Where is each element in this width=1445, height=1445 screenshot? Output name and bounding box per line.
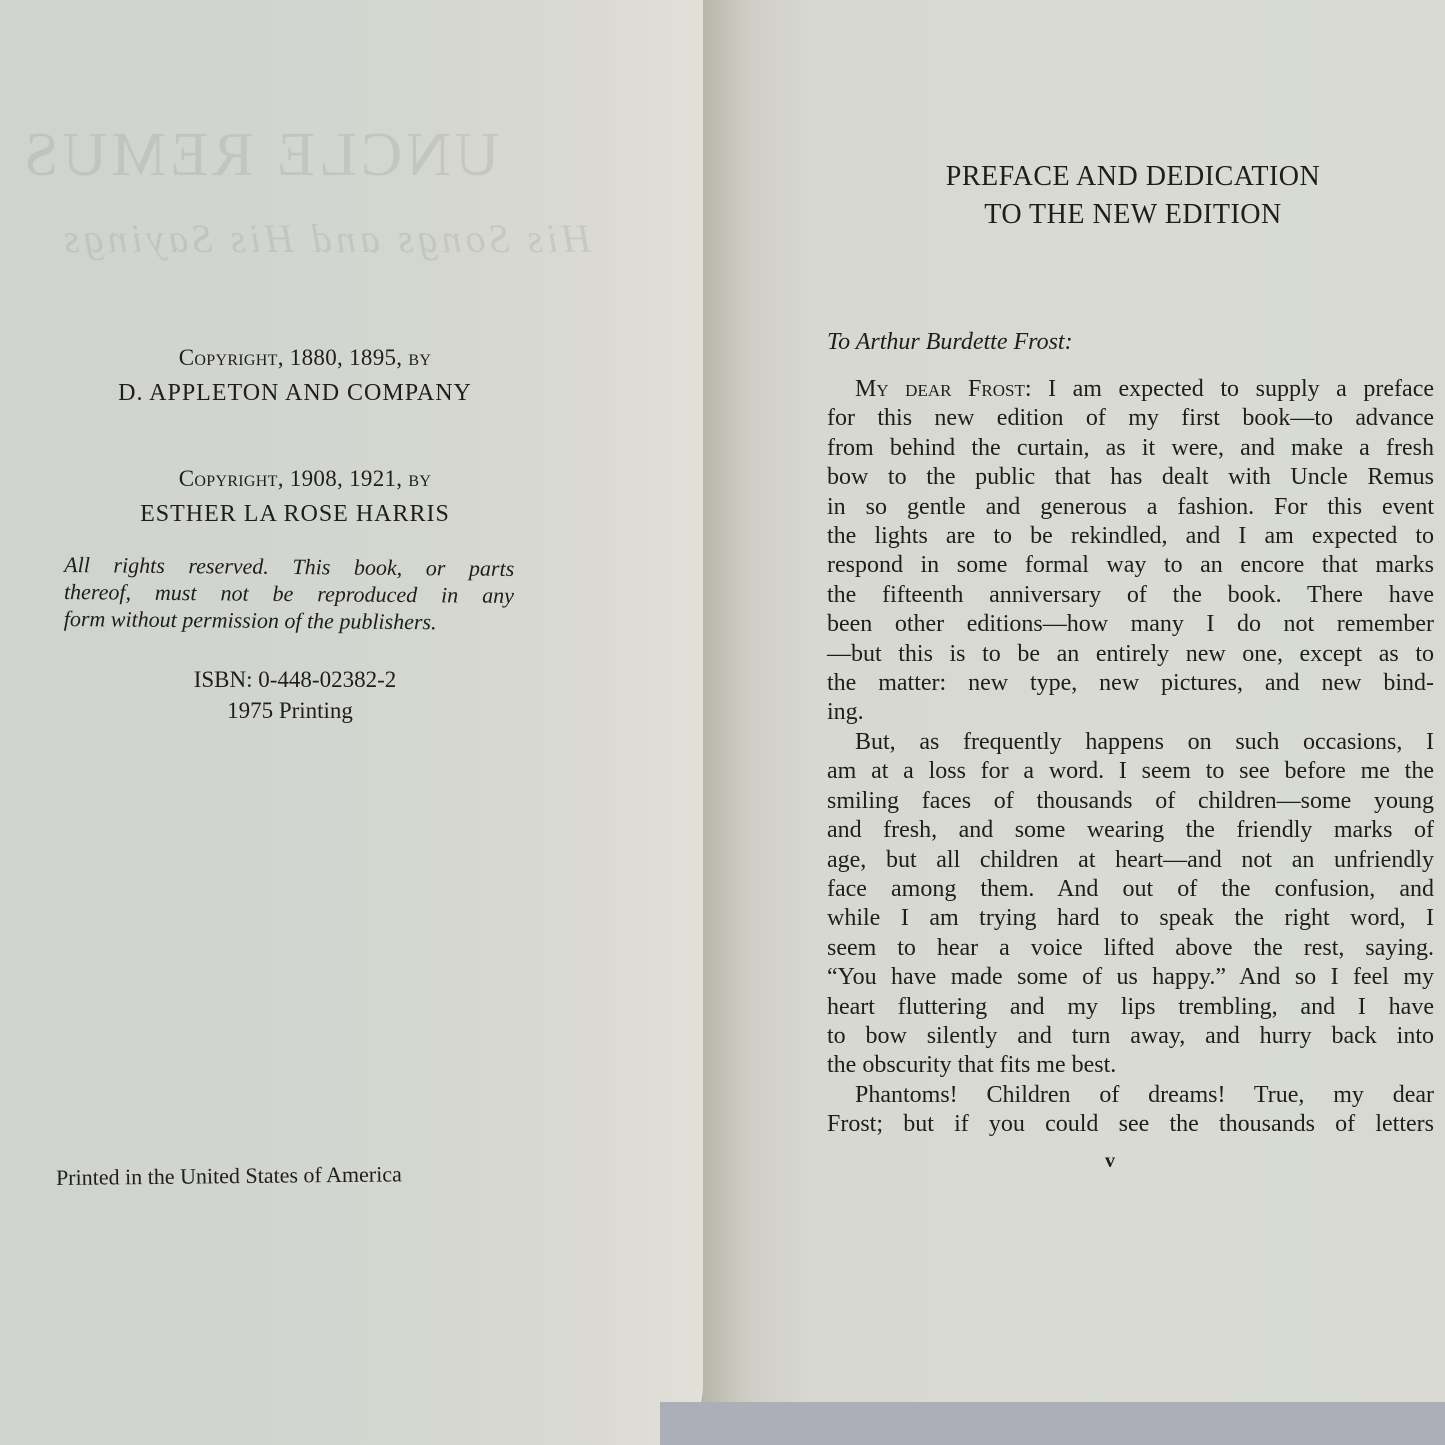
text-line: —but this is to be an entirely new one, … — [827, 640, 1434, 669]
text-line: bow to the public that has dealt with Un… — [827, 463, 1434, 492]
text-line: respond in some formal way to an encore … — [827, 551, 1434, 580]
copyright-line-1: Copyright, 1880, 1895, by — [90, 345, 520, 371]
text-line: to bow silently and turn away, and hurry… — [827, 1022, 1434, 1051]
text-line: been other editions—how many I do not re… — [827, 610, 1434, 639]
left-page-copyright: UNCLE REMUS His Songs and His Sayings Co… — [0, 0, 703, 1445]
text-line: the obscurity that fits me best. — [827, 1051, 1434, 1080]
text-line: from behind the curtain, as it were, and… — [827, 434, 1434, 463]
isbn: ISBN: 0-448-02382-2 — [80, 667, 510, 693]
text-line: seem to hear a voice lifted above the re… — [827, 934, 1434, 963]
text-line: ing. — [827, 698, 1434, 727]
preface-heading-line-1: PREFACE AND DEDICATION — [883, 158, 1383, 195]
text-line: in so gentle and generous a fashion. For… — [827, 493, 1434, 522]
dedication-line: To Arthur Burdette Frost: — [827, 329, 1073, 356]
printed-in-usa: Printed in the United States of America — [56, 1161, 402, 1191]
copyright-line-2: Copyright, 1908, 1921, by — [90, 466, 520, 492]
copyright-holder-2: ESTHER LA ROSE HARRIS — [80, 501, 510, 528]
text-line: heart fluttering and my lips trembling, … — [827, 993, 1434, 1022]
text-line: Frost; but if you could see the thousand… — [827, 1110, 1434, 1139]
text-line: for this new edition of my first book—to… — [827, 404, 1434, 433]
table-surface — [660, 1402, 1445, 1445]
text-line: the lights are to be rekindled, and I am… — [827, 522, 1434, 551]
show-through-title: UNCLE REMUS — [20, 120, 500, 191]
text-line: “You have made some of us happy.” And so… — [827, 963, 1434, 992]
printing-year: 1975 Printing — [75, 698, 505, 724]
text-line: am at a loss for a word. I seem to see b… — [827, 757, 1434, 786]
page-number: v — [1080, 1150, 1140, 1173]
text-line: while I am trying hard to speak the righ… — [827, 904, 1434, 933]
rights-reserved-notice: All rights reserved. This book, or parts… — [64, 551, 515, 636]
paragraph-start-line: Phantoms! Children of dreams! True, my d… — [827, 1081, 1434, 1110]
copyright-holder-1: D. APPLETON AND COMPANY — [80, 380, 510, 407]
preface-heading-line-2: TO THE NEW EDITION — [883, 196, 1383, 233]
text-line: and fresh, and some wearing the friendly… — [827, 816, 1434, 845]
salutation-line: My dear Frost: I am expected to supply a… — [827, 375, 1434, 404]
show-through-subtitle: His Songs and His Sayings — [60, 215, 591, 262]
text-line: age, but all children at heart—and not a… — [827, 846, 1434, 875]
text-line: face among them. And out of the confusio… — [827, 875, 1434, 904]
preface-body-text: My dear Frost: I am expected to supply a… — [827, 375, 1434, 1140]
paragraph-start-line: But, as frequently happens on such occas… — [827, 728, 1434, 757]
text-line: smiling faces of thousands of children—s… — [827, 787, 1434, 816]
text-line: the matter: new type, new pictures, and … — [827, 669, 1434, 698]
text-line: the fifteenth anniversary of the book. T… — [827, 581, 1434, 610]
